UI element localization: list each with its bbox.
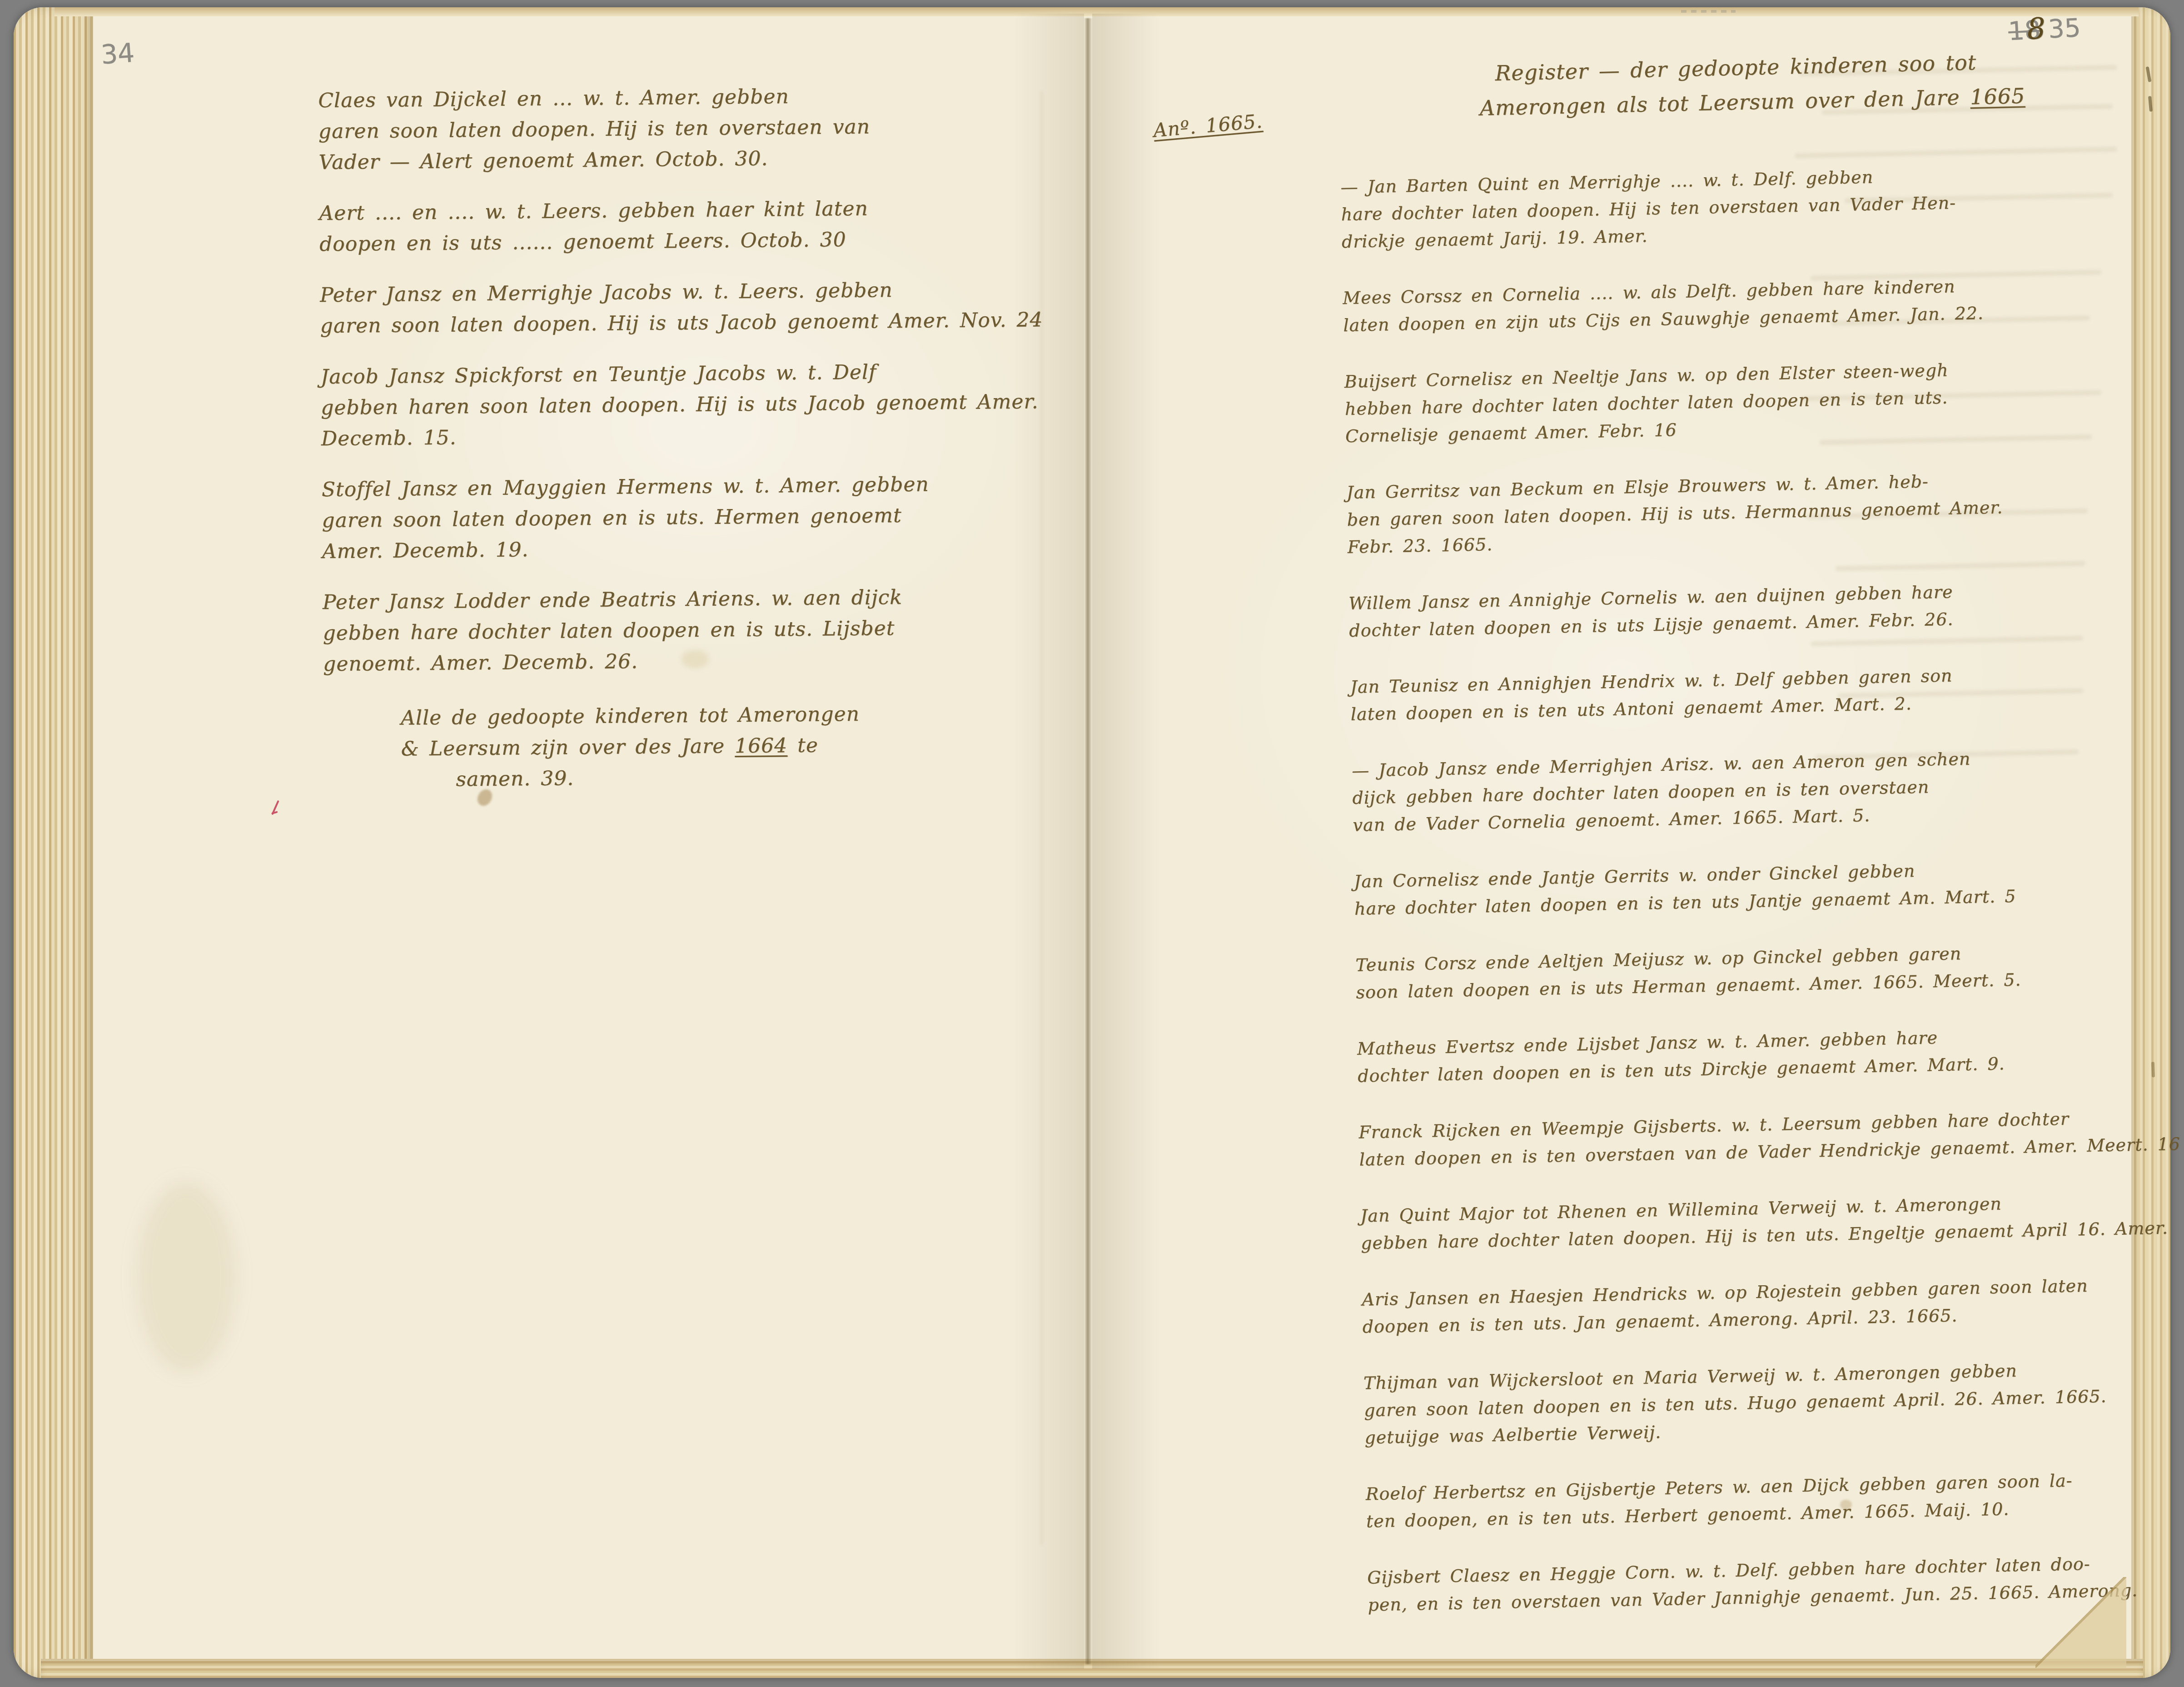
year-total-summary: Alle de gedoopte kinderen tot Amerongen … xyxy=(323,697,1060,796)
baptism-entry: Jacob Jansz Spickforst en Teuntje Jacobs… xyxy=(320,355,1057,454)
page-crease xyxy=(1040,91,1043,1545)
left-page-text-column: Claes van Dijckel en ... w. t. Amer. geb… xyxy=(318,79,1060,796)
baptism-entry: Mees Corssz en Cornelia .... w. als Delf… xyxy=(1343,269,2143,339)
baptism-entry: — Jacob Jansz ende Merrighjen Arisz. w. … xyxy=(1352,742,2153,839)
entry-line: doopen en is uts ...... genoemt Leers. O… xyxy=(319,223,1056,260)
baptism-entry: Franck Rijcken en Weempje Gijsberts. w. … xyxy=(1358,1103,2159,1173)
underlined-year: 1664 xyxy=(735,734,787,758)
entry-line: Amer. Decemb. 19. xyxy=(322,530,1059,567)
entry-line: Decemb. 15. xyxy=(321,417,1057,454)
paper-discoloration xyxy=(136,1182,236,1373)
pencil-scratch-marks xyxy=(1681,10,1736,13)
baptism-entry: Jan Quint Major tot Rhenen en Willemina … xyxy=(1360,1187,2160,1257)
baptism-entry: Peter Jansz en Merrighje Jacobs w. t. Le… xyxy=(320,274,1056,342)
entry-line: gebben haren soon laten doopen. Hij is u… xyxy=(321,386,1057,424)
baptism-entry: Willem Jansz en Annighje Cornelis w. aen… xyxy=(1348,574,2149,644)
paper-stain xyxy=(682,650,709,668)
ink-overwritten-digit: 8 xyxy=(2026,12,2046,46)
book-gutter xyxy=(1084,18,1092,1664)
entry-line: Vader — Alert genoemt Amer. Octob. 30. xyxy=(318,141,1055,178)
right-page-text-column: — Jan Barten Quint en Merrighje .... w. … xyxy=(1340,158,2168,1647)
small-stain xyxy=(1840,1500,1852,1510)
edge-ink-mark xyxy=(2151,1062,2155,1077)
summary-total: samen. 39. xyxy=(401,759,1060,796)
baptism-entry: Roelof Herbertsz en Gijsbertje Peters w.… xyxy=(1365,1465,2166,1535)
summary-text: & Leersum zijn over des Jare xyxy=(401,734,735,760)
baptism-entry: Aris Jansen en Haesjen Hendricks w. op R… xyxy=(1362,1271,2162,1341)
baptism-entry: Jan Cornelisz ende Jantje Gerrits w. ond… xyxy=(1353,853,2154,923)
current-page-number: 35 xyxy=(2047,13,2081,45)
summary-line: Alle de gedoopte kinderen tot Amerongen xyxy=(401,697,1060,734)
entry-line: garen soon laten doopen. Hij is uts Jaco… xyxy=(320,304,1056,342)
page-number-right: 18835 xyxy=(2007,10,2081,47)
page-number-left: 34 xyxy=(100,37,135,70)
baptism-entry: Thijman van Wijckersloot en Maria Verwei… xyxy=(1363,1354,2164,1452)
baptism-entry: Claes van Dijckel en ... w. t. Amer. geb… xyxy=(318,79,1055,178)
baptism-entry: Matheus Evertsz ende Lijsbet Jansz w. t.… xyxy=(1357,1020,2157,1090)
manuscript-scan: 34 18835 Claes van Dijckel en ... w. t. … xyxy=(0,0,2184,1687)
baptism-entry: Aert .... en .... w. t. Leers. gebben ha… xyxy=(319,192,1055,260)
baptism-entry: Stoffel Jansz en Mayggien Hermens w. t. … xyxy=(321,468,1058,567)
baptism-entry: Teunis Corsz ende Aeltjen Meijusz w. op … xyxy=(1355,936,2156,1006)
summary-line: & Leersum zijn over des Jare 1664 te xyxy=(401,728,1060,765)
summary-text: te xyxy=(787,734,818,757)
dog-ear-fold xyxy=(2035,1577,2126,1668)
page-stack-edge-left xyxy=(14,7,93,1678)
gutter-shadow-right xyxy=(1092,14,1160,1669)
baptism-entry: — Jan Barten Quint en Merrighje .... w. … xyxy=(1340,158,2141,255)
